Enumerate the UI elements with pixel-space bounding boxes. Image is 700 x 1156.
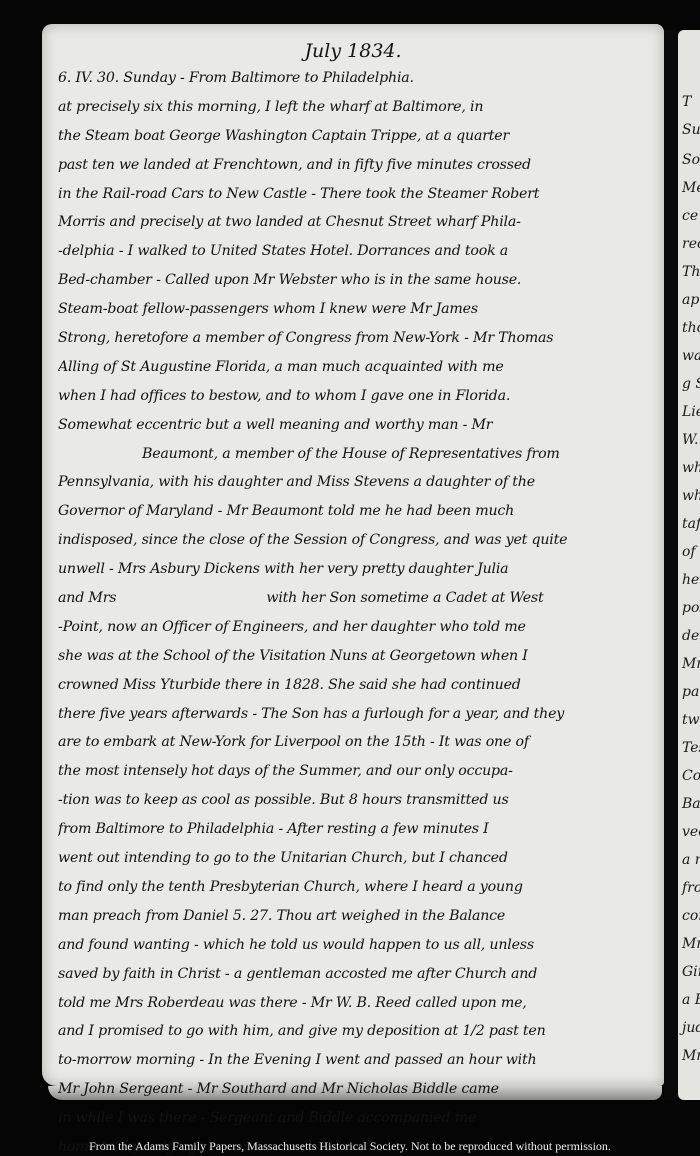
diary-line: Beaumont, a member of the House of Repre… <box>58 440 658 469</box>
diary-line: to-morrow morning - In the Evening I wen… <box>58 1046 658 1075</box>
diary-line: in while I was there - Sergeant and Bidd… <box>58 1104 658 1133</box>
diary-line: Mr John Sergeant - Mr Southard and Mr Ni… <box>58 1075 658 1104</box>
diary-line: crowned Miss Yturbide there in 1828. She… <box>58 671 658 700</box>
adjacent-fragment: Giro <box>682 964 700 980</box>
adjacent-fragment: Thi <box>682 264 700 280</box>
adjacent-fragment: a m <box>682 852 700 868</box>
manuscript-page: July 1834. 6. IV. 30. Sunday - From Balt… <box>42 24 664 1086</box>
adjacent-fragment: taf <box>682 516 700 532</box>
adjacent-fragment: comi <box>682 908 700 924</box>
adjacent-fragment: Mr <box>682 936 700 952</box>
adjacent-fragment: g S <box>682 376 700 392</box>
diary-line: she was at the School of the Visitation … <box>58 642 658 671</box>
diary-line: the Steam boat George Washington Captain… <box>58 122 658 151</box>
diary-line: to find only the tenth Presbyterian Chur… <box>58 873 658 902</box>
adjacent-fragment: par <box>682 684 700 700</box>
diary-line: from Baltimore to Philadelphia - After r… <box>58 815 658 844</box>
adjacent-fragment: W. <box>682 432 698 448</box>
copyright-caption: From the Adams Family Papers, Massachuse… <box>0 1139 700 1154</box>
adjacent-fragment: ap <box>682 292 699 308</box>
diary-line: Strong, heretofore a member of Congress … <box>58 324 658 353</box>
diary-line: Bed-chamber - Called upon Mr Webster who… <box>58 266 658 295</box>
diary-line: indisposed, since the close of the Sessi… <box>58 526 658 555</box>
book-gutter <box>664 30 678 1100</box>
adjacent-fragment: Me <box>682 180 700 196</box>
adjacent-fragment: So <box>682 152 700 168</box>
diary-line-start: and Mrs <box>58 590 116 606</box>
adjacent-fragment: rec <box>682 236 700 252</box>
adjacent-fragment: whe <box>682 460 700 476</box>
diary-line: Steam-boat fellow-passengers whom I knew… <box>58 295 658 324</box>
adjacent-fragment: two <box>682 712 700 728</box>
adjacent-fragment: wa <box>682 348 700 364</box>
adjacent-fragment: ce <box>682 208 698 224</box>
adjacent-fragment: Mr <box>682 1048 700 1064</box>
adjacent-fragment: vec <box>682 824 700 840</box>
diary-line: in the Rail-road Cars to New Castle - Th… <box>58 180 658 209</box>
diary-line: at precisely six this morning, I left th… <box>58 93 658 122</box>
diary-line: saved by faith in Christ - a gentleman a… <box>58 960 658 989</box>
diary-line: when I had offices to bestow, and to who… <box>58 382 658 411</box>
adjacent-fragment: Lie <box>682 404 700 420</box>
adjacent-fragment: Mr <box>682 656 700 672</box>
adjacent-fragment: Bar <box>682 796 700 812</box>
adjacent-fragment: whe <box>682 488 700 504</box>
adjacent-fragment: pose <box>682 600 700 616</box>
diary-line: Somewhat eccentric but a well meaning an… <box>58 411 658 440</box>
diary-line: Morris and precisely at two landed at Ch… <box>58 208 658 237</box>
adjacent-fragment: thos <box>682 320 700 336</box>
diary-line: and I promised to go with him, and give … <box>58 1017 658 1046</box>
diary-line: are to embark at New-York for Liverpool … <box>58 728 658 757</box>
diary-line: and found wanting - which he told us wou… <box>58 931 658 960</box>
diary-line: the most intensely hot days of the Summe… <box>58 757 658 786</box>
diary-line: Governor of Maryland - Mr Beaumont told … <box>58 497 658 526</box>
diary-line-with-blank: and Mrswith her Son sometime a Cadet at … <box>58 584 658 613</box>
adjacent-fragment: T <box>682 94 691 110</box>
diary-line: Pennsylvania, with his daughter and Miss… <box>58 468 658 497</box>
adjacent-fragment: her <box>682 572 700 588</box>
adjacent-fragment: depo <box>682 628 700 644</box>
adjacent-fragment: Testi <box>682 740 700 756</box>
adjacent-fragment: of T <box>682 544 700 560</box>
adjacent-page: T Su So Me ce rec Thi ap thos wa g S Lie… <box>678 30 700 1100</box>
adjacent-fragment: judge <box>682 1020 700 1036</box>
diary-line: -tion was to keep as cool as possible. B… <box>58 786 658 815</box>
page-header-date: July 1834. <box>42 40 664 62</box>
adjacent-fragment: Con <box>682 768 700 784</box>
adjacent-fragment: a Ba <box>682 992 700 1008</box>
diary-line-end: with her Son sometime a Cadet at West <box>266 590 543 606</box>
diary-line: -delphia - I walked to United States Hot… <box>58 237 658 266</box>
diary-line: told me Mrs Roberdeau was there - Mr W. … <box>58 989 658 1018</box>
diary-line: there five years afterwards - The Son ha… <box>58 700 658 729</box>
diary-line: went out intending to go to the Unitaria… <box>58 844 658 873</box>
diary-line: Alling of St Augustine Florida, a man mu… <box>58 353 658 382</box>
diary-line: man preach from Daniel 5. 27. Thou art w… <box>58 902 658 931</box>
diary-entry: 6. IV. 30. Sunday - From Baltimore to Ph… <box>58 64 658 1156</box>
adjacent-fragment: from <box>682 880 700 896</box>
diary-line: past ten we landed at Frenchtown, and in… <box>58 151 658 180</box>
diary-line: -Point, now an Officer of Engineers, and… <box>58 613 658 642</box>
adjacent-fragment: Su <box>682 122 700 138</box>
diary-line: 6. IV. 30. Sunday - From Baltimore to Ph… <box>58 64 658 93</box>
diary-line: unwell - Mrs Asbury Dickens with her ver… <box>58 555 658 584</box>
